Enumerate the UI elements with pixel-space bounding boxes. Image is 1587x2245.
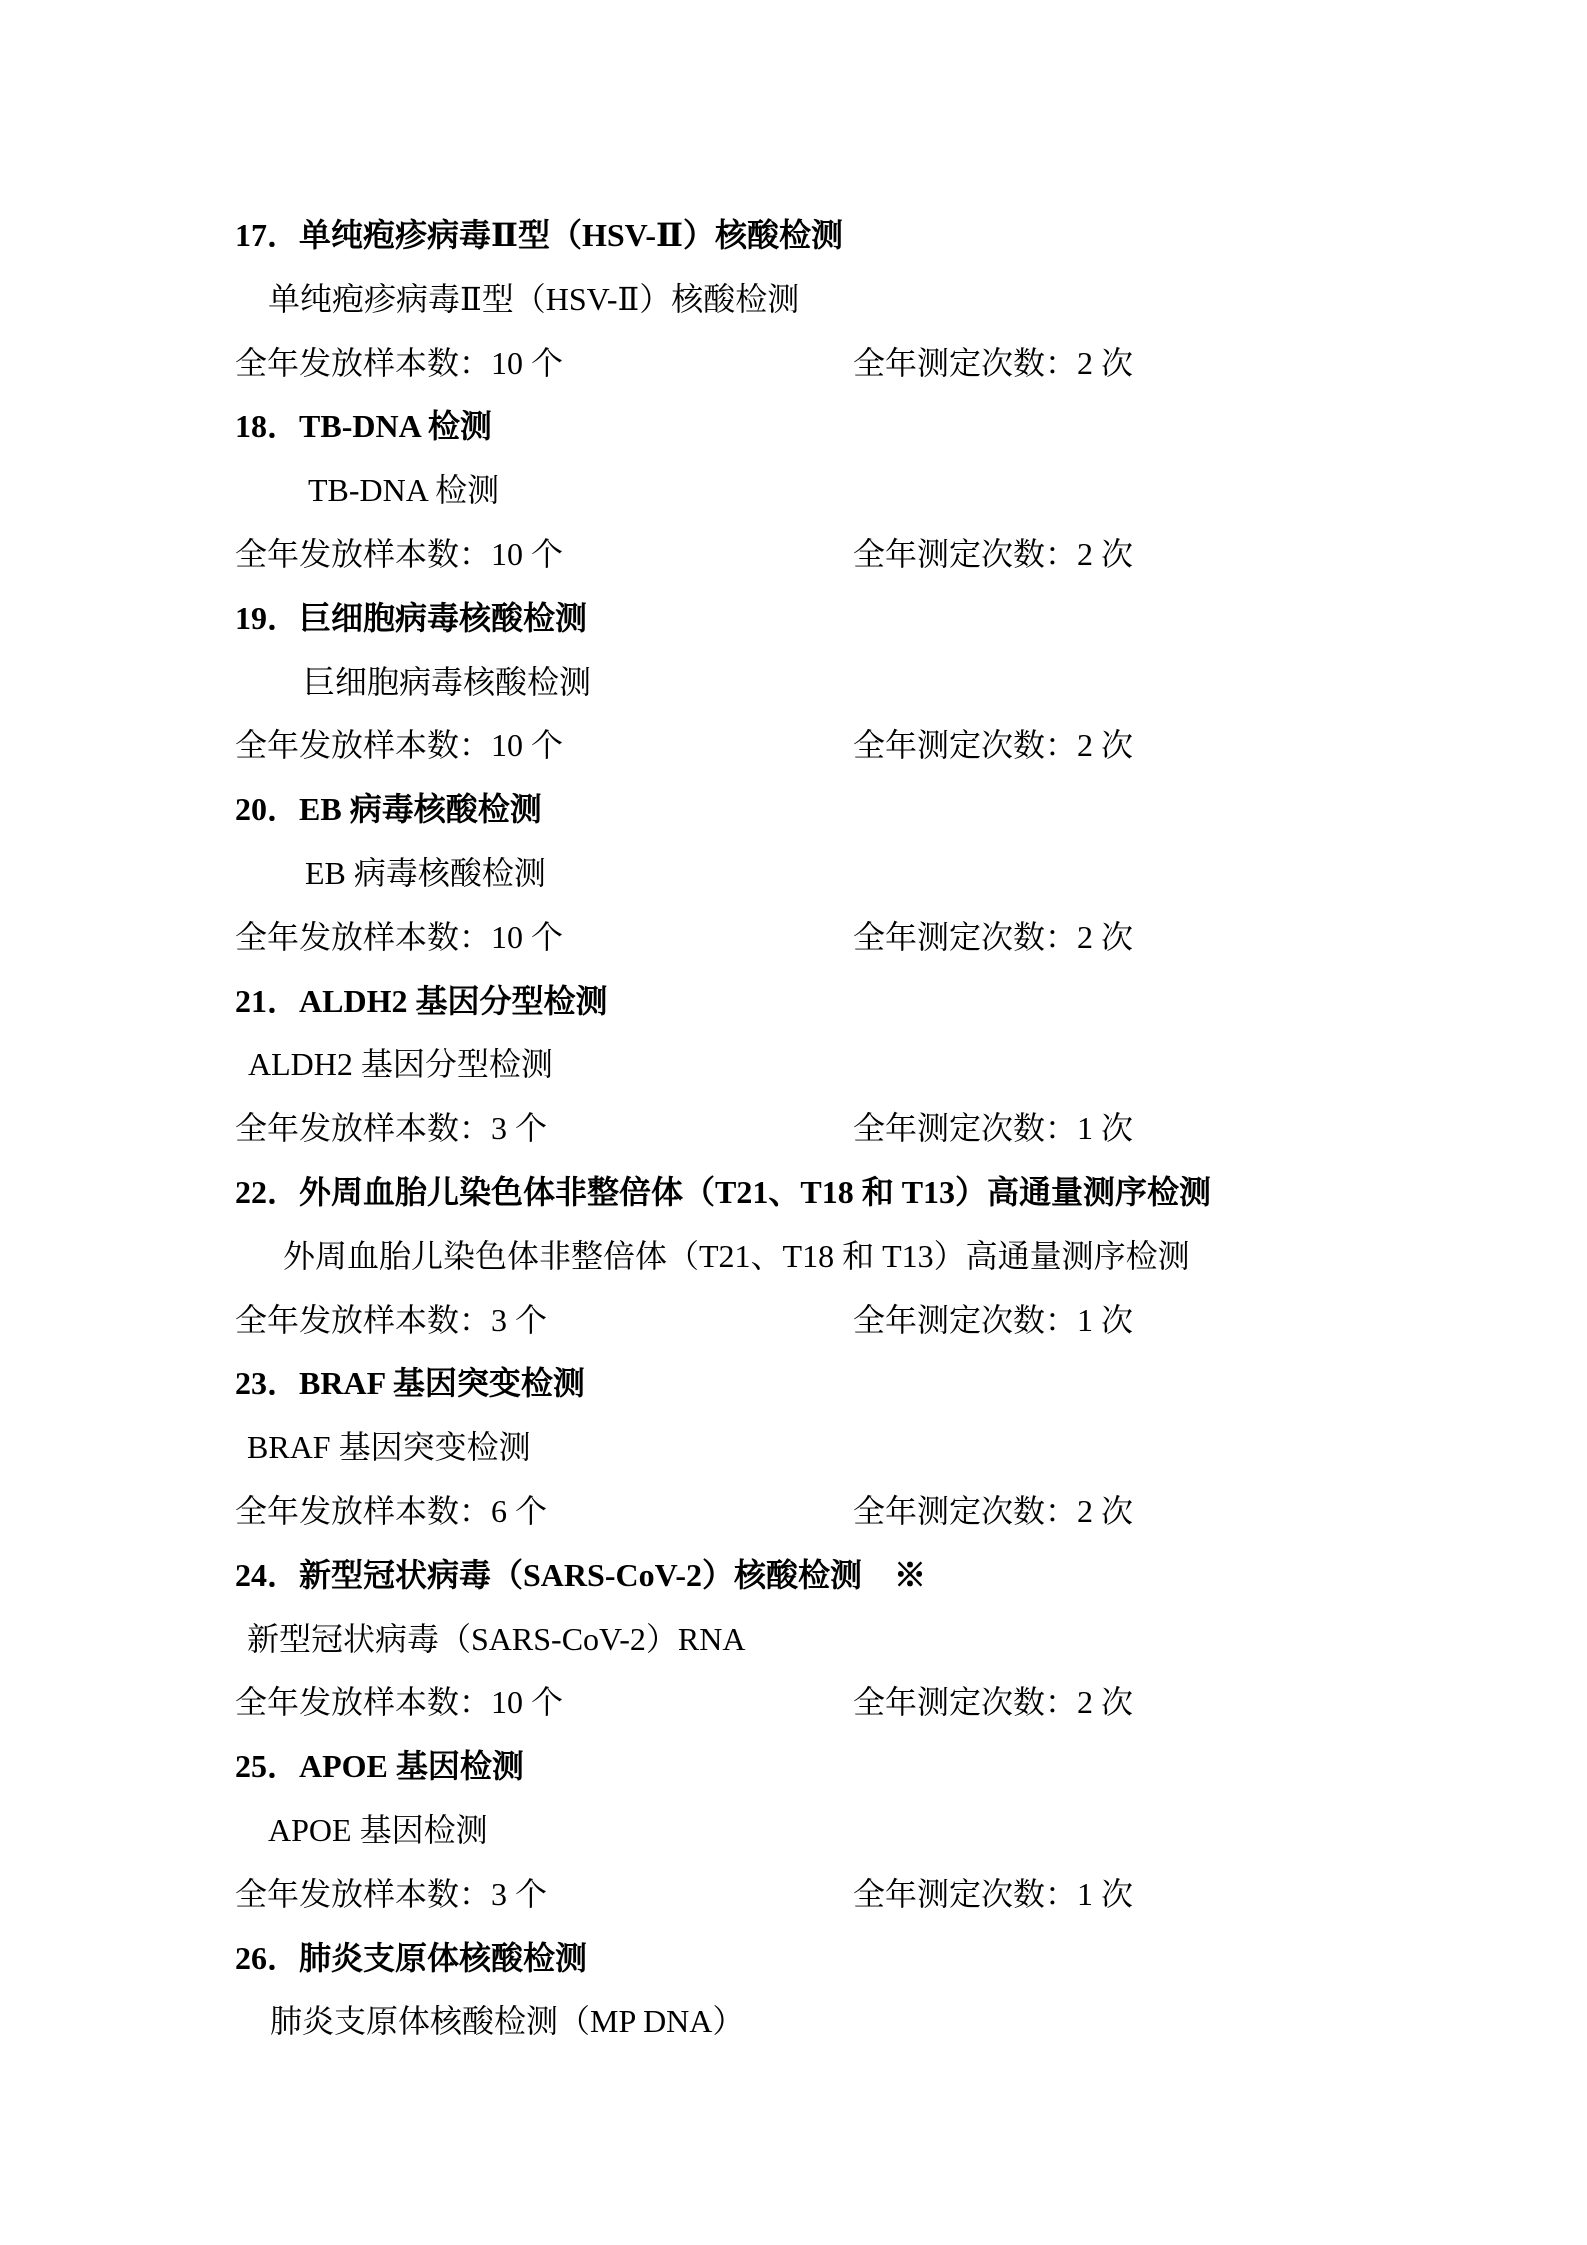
times-label: 全年测定次数：: [853, 536, 1077, 572]
item-metrics: 全年发放样本数：6 个 全年测定次数：2 次: [235, 1480, 1547, 1544]
item-metrics: 全年发放样本数：10 个 全年测定次数：2 次: [235, 523, 1547, 587]
item-subtitle: BRAF 基因突变检测: [235, 1416, 1547, 1480]
samples-value: 3 个: [491, 1876, 547, 1912]
item-heading: 26．肺炎支原体核酸检测: [235, 1927, 1547, 1991]
times-metric: 全年测定次数：2 次: [853, 1480, 1133, 1544]
item-subtitle: APOE 基因检测: [235, 1799, 1547, 1863]
item-subtitle: 外周血胎儿染色体非整倍体（T21、T18 和 T13）高通量测序检测: [235, 1225, 1547, 1289]
test-item-21: 21．ALDH2 基因分型检测 ALDH2 基因分型检测 全年发放样本数：3 个…: [235, 970, 1547, 1161]
test-item-26: 26．肺炎支原体核酸检测 肺炎支原体核酸检测（MP DNA）: [235, 1927, 1547, 2055]
samples-metric: 全年发放样本数：10 个: [235, 1671, 563, 1735]
times-metric: 全年测定次数：1 次: [853, 1863, 1133, 1927]
samples-metric: 全年发放样本数：3 个: [235, 1097, 547, 1161]
item-subtitle: 单纯疱疹病毒Ⅱ型（HSV-Ⅱ）核酸检测: [235, 268, 1547, 332]
samples-metric: 全年发放样本数：6 个: [235, 1480, 547, 1544]
item-subtitle: TB-DNA 检测: [235, 459, 1547, 523]
times-metric: 全年测定次数：2 次: [853, 1671, 1133, 1735]
times-label: 全年测定次数：: [853, 1110, 1077, 1146]
item-subtitle: 巨细胞病毒核酸检测: [235, 651, 1547, 715]
test-item-20: 20．EB 病毒核酸检测 EB 病毒核酸检测 全年发放样本数：10 个 全年测定…: [235, 778, 1547, 969]
times-value: 2 次: [1077, 345, 1133, 381]
samples-metric: 全年发放样本数：10 个: [235, 714, 563, 778]
samples-label: 全年发放样本数：: [235, 919, 491, 955]
times-value: 2 次: [1077, 1493, 1133, 1529]
times-metric: 全年测定次数：2 次: [853, 906, 1133, 970]
times-metric: 全年测定次数：1 次: [853, 1289, 1133, 1353]
times-label: 全年测定次数：: [853, 1876, 1077, 1912]
samples-label: 全年发放样本数：: [235, 1876, 491, 1912]
document-page: 17．单纯疱疹病毒Ⅱ型（HSV-Ⅱ）核酸检测 单纯疱疹病毒Ⅱ型（HSV-Ⅱ）核酸…: [0, 0, 1587, 2245]
item-metrics: 全年发放样本数：3 个 全年测定次数：1 次: [235, 1097, 1547, 1161]
times-label: 全年测定次数：: [853, 1493, 1077, 1529]
document-content: 17．单纯疱疹病毒Ⅱ型（HSV-Ⅱ）核酸检测 单纯疱疹病毒Ⅱ型（HSV-Ⅱ）核酸…: [235, 204, 1547, 2054]
samples-value: 3 个: [491, 1302, 547, 1338]
item-heading: 17．单纯疱疹病毒Ⅱ型（HSV-Ⅱ）核酸检测: [235, 204, 1547, 268]
times-value: 2 次: [1077, 727, 1133, 763]
test-item-23: 23．BRAF 基因突变检测 BRAF 基因突变检测 全年发放样本数：6 个 全…: [235, 1352, 1547, 1543]
samples-label: 全年发放样本数：: [235, 345, 491, 381]
test-item-18: 18．TB-DNA 检测 TB-DNA 检测 全年发放样本数：10 个 全年测定…: [235, 395, 1547, 586]
item-heading: 19．巨细胞病毒核酸检测: [235, 587, 1547, 651]
item-subtitle: ALDH2 基因分型检测: [235, 1033, 1547, 1097]
samples-label: 全年发放样本数：: [235, 536, 491, 572]
samples-label: 全年发放样本数：: [235, 1684, 491, 1720]
samples-label: 全年发放样本数：: [235, 1110, 491, 1146]
samples-value: 10 个: [491, 536, 563, 572]
item-heading: 18．TB-DNA 检测: [235, 395, 1547, 459]
times-label: 全年测定次数：: [853, 1684, 1077, 1720]
item-heading: 25．APOE 基因检测: [235, 1735, 1547, 1799]
item-heading: 23．BRAF 基因突变检测: [235, 1352, 1547, 1416]
samples-value: 10 个: [491, 919, 563, 955]
test-item-25: 25．APOE 基因检测 APOE 基因检测 全年发放样本数：3 个 全年测定次…: [235, 1735, 1547, 1926]
times-metric: 全年测定次数：2 次: [853, 523, 1133, 587]
samples-value: 10 个: [491, 1684, 563, 1720]
item-metrics: 全年发放样本数：10 个 全年测定次数：2 次: [235, 332, 1547, 396]
times-value: 2 次: [1077, 1684, 1133, 1720]
item-subtitle: EB 病毒核酸检测: [235, 842, 1547, 906]
times-label: 全年测定次数：: [853, 345, 1077, 381]
samples-metric: 全年发放样本数：10 个: [235, 523, 563, 587]
samples-metric: 全年发放样本数：3 个: [235, 1863, 547, 1927]
test-item-17: 17．单纯疱疹病毒Ⅱ型（HSV-Ⅱ）核酸检测 单纯疱疹病毒Ⅱ型（HSV-Ⅱ）核酸…: [235, 204, 1547, 395]
times-label: 全年测定次数：: [853, 1302, 1077, 1338]
item-heading: 24．新型冠状病毒（SARS-CoV-2）核酸检测 ※: [235, 1544, 1547, 1608]
samples-metric: 全年发放样本数：3 个: [235, 1289, 547, 1353]
times-label: 全年测定次数：: [853, 727, 1077, 763]
test-item-22: 22．外周血胎儿染色体非整倍体（T21、T18 和 T13）高通量测序检测 外周…: [235, 1161, 1547, 1352]
times-metric: 全年测定次数：2 次: [853, 332, 1133, 396]
item-subtitle: 肺炎支原体核酸检测（MP DNA）: [235, 1990, 1547, 2054]
samples-metric: 全年发放样本数：10 个: [235, 332, 563, 396]
samples-value: 10 个: [491, 727, 563, 763]
times-value: 1 次: [1077, 1110, 1133, 1146]
item-heading: 21．ALDH2 基因分型检测: [235, 970, 1547, 1034]
times-value: 2 次: [1077, 536, 1133, 572]
samples-label: 全年发放样本数：: [235, 1493, 491, 1529]
item-subtitle: 新型冠状病毒（SARS-CoV-2）RNA: [235, 1608, 1547, 1672]
item-heading: 20．EB 病毒核酸检测: [235, 778, 1547, 842]
times-value: 1 次: [1077, 1876, 1133, 1912]
item-heading: 22．外周血胎儿染色体非整倍体（T21、T18 和 T13）高通量测序检测: [235, 1161, 1547, 1225]
times-value: 2 次: [1077, 919, 1133, 955]
test-item-24: 24．新型冠状病毒（SARS-CoV-2）核酸检测 ※ 新型冠状病毒（SARS-…: [235, 1544, 1547, 1735]
item-metrics: 全年发放样本数：10 个 全年测定次数：2 次: [235, 1671, 1547, 1735]
samples-value: 10 个: [491, 345, 563, 381]
samples-value: 3 个: [491, 1110, 547, 1146]
times-label: 全年测定次数：: [853, 919, 1077, 955]
samples-metric: 全年发放样本数：10 个: [235, 906, 563, 970]
test-item-19: 19．巨细胞病毒核酸检测 巨细胞病毒核酸检测 全年发放样本数：10 个 全年测定…: [235, 587, 1547, 778]
times-metric: 全年测定次数：2 次: [853, 714, 1133, 778]
item-metrics: 全年发放样本数：3 个 全年测定次数：1 次: [235, 1289, 1547, 1353]
samples-value: 6 个: [491, 1493, 547, 1529]
times-value: 1 次: [1077, 1302, 1133, 1338]
samples-label: 全年发放样本数：: [235, 727, 491, 763]
times-metric: 全年测定次数：1 次: [853, 1097, 1133, 1161]
samples-label: 全年发放样本数：: [235, 1302, 491, 1338]
item-metrics: 全年发放样本数：3 个 全年测定次数：1 次: [235, 1863, 1547, 1927]
item-metrics: 全年发放样本数：10 个 全年测定次数：2 次: [235, 906, 1547, 970]
item-metrics: 全年发放样本数：10 个 全年测定次数：2 次: [235, 714, 1547, 778]
